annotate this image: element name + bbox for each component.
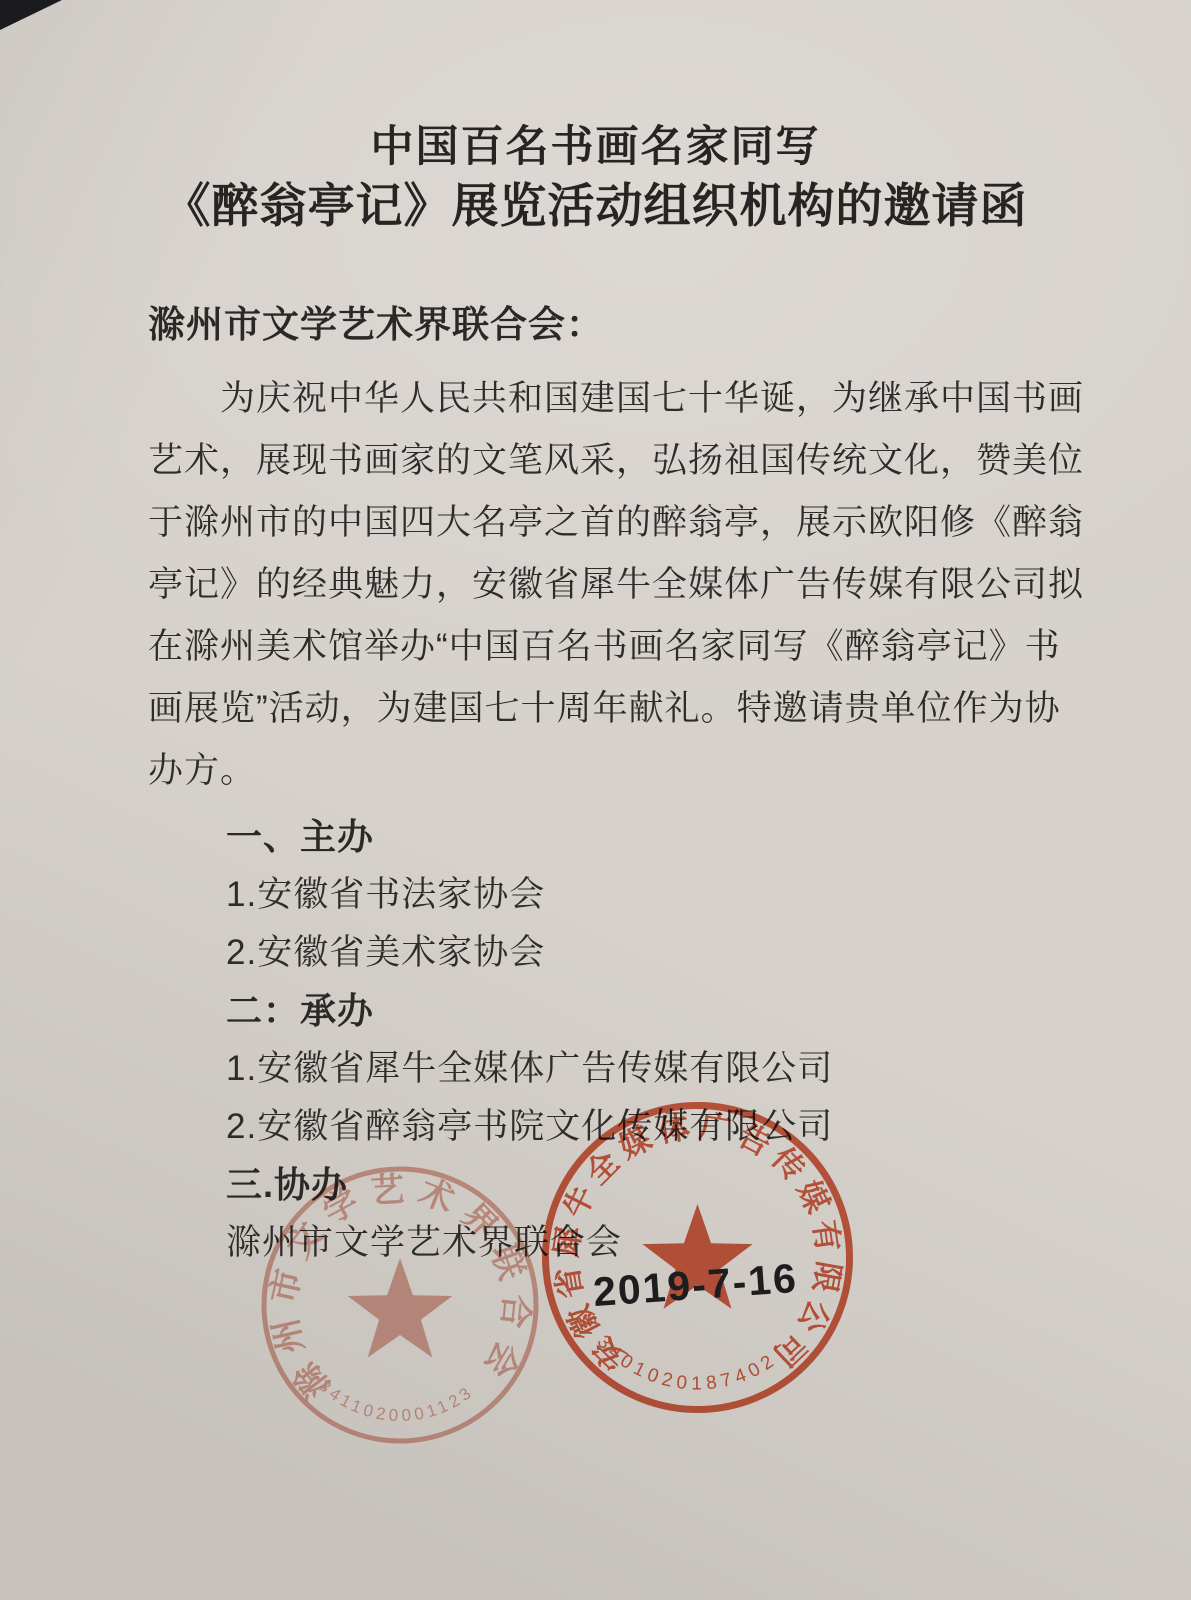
intro-paragraph: 为庆祝中华人民共和国建国七十华诞，为继承中国书画 艺术，展现书画家的文笔风采，弘… xyxy=(148,368,1043,802)
paragraph-line: 为庆祝中华人民共和国建国七十华诞，为继承中国书画 xyxy=(148,368,1043,430)
photographed-invitation-letter: 中国百名书画名家同写 《醉翁亭记》展览活动组织机构的邀请函 滁州市文学艺术界联合… xyxy=(0,0,1191,1600)
host-item-2: 2.安徽省美术家协会 xyxy=(226,924,1043,982)
svg-text:3411020001123: 3411020001123 xyxy=(315,1376,478,1425)
title-line-1: 中国百名书画名家同写 xyxy=(0,118,1191,176)
left-seal-number: 3411020001123 xyxy=(315,1376,478,1425)
host-section-heading: 一、主办 xyxy=(226,808,1043,866)
salutation: 滁州市文学艺术界联合会： xyxy=(148,294,1043,348)
paragraph-line: 艺术，展现书画家的文笔风采，弘扬祖国传统文化，赞美位 xyxy=(148,430,1043,492)
left-official-seal: 滁州市文学艺术界联合会 3411020001123 xyxy=(250,1155,550,1455)
organizer-section-heading: 二：承办 xyxy=(226,982,1043,1040)
paragraph-line: 亭记》的经典魅力，安徽省犀牛全媒体广告传媒有限公司拟 xyxy=(148,554,1043,616)
paragraph-line: 画展览”活动，为建国七十周年献礼。特邀请贵单位作为协 xyxy=(148,678,1043,740)
title-line-2: 《醉翁亭记》展览活动组织机构的邀请函 xyxy=(0,176,1191,236)
paragraph-line: 于滁州市的中国四大名亭之首的醉翁亭，展示欧阳修《醉翁 xyxy=(148,492,1043,554)
paragraph-line: 在滁州美术馆举办“中国百名书画名家同写《醉翁亭记》书 xyxy=(148,616,1043,678)
left-seal-star-icon xyxy=(348,1258,453,1358)
document-title: 中国百名书画名家同写 《醉翁亭记》展览活动组织机构的邀请函 xyxy=(0,0,1191,236)
host-item-1: 1.安徽省书法家协会 xyxy=(226,866,1043,924)
paragraph-line: 办方。 xyxy=(148,740,1043,802)
right-official-seal: 安徽省犀牛全媒体广告传媒有限公司 3401020187402 xyxy=(530,1090,865,1425)
